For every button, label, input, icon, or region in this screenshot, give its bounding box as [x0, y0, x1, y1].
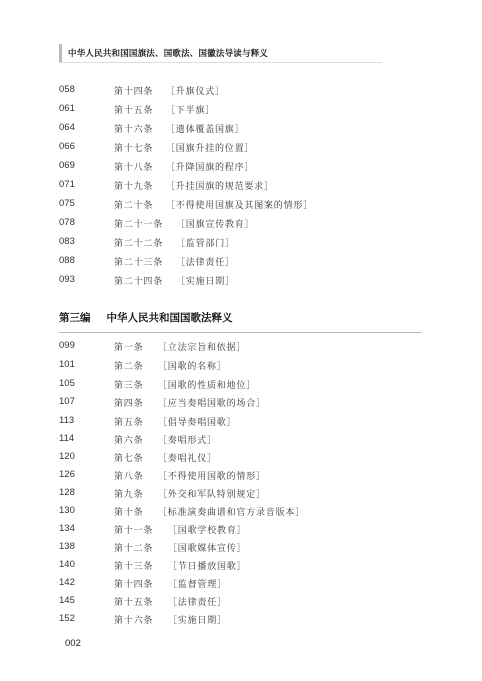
toc-topic: ［不得使用国旗及其图案的情形］	[166, 198, 313, 211]
toc-entry[interactable]: 128 第九条 ［外交和军队特别规定］	[0, 487, 482, 501]
toc-article: 第一条	[114, 340, 143, 353]
toc-page-number: 152	[59, 613, 75, 624]
toc-article: 第五条	[114, 415, 143, 428]
toc-article: 第九条	[114, 487, 143, 500]
toc-page-number: 075	[59, 198, 75, 209]
toc-page-number: 101	[59, 359, 75, 370]
toc-topic: ［立法宗旨和依据］	[158, 340, 246, 353]
section-divider	[59, 332, 422, 333]
toc-page-number: 083	[59, 236, 75, 247]
toc-entry[interactable]: 138 第十二条 ［国歌媒体宣传］	[0, 541, 482, 555]
toc-page-number: 078	[59, 217, 75, 228]
toc-article: 第二条	[114, 359, 143, 372]
toc-topic: ［国歌的名称］	[158, 359, 227, 372]
toc-article: 第十五条	[114, 103, 153, 116]
toc-entry[interactable]: 058 第十四条 ［升旗仪式］	[0, 84, 482, 98]
toc-topic: ［监管部门］	[176, 236, 235, 249]
toc-article: 第十六条	[114, 122, 153, 135]
toc-topic: ［奏唱礼仪］	[158, 451, 217, 464]
toc-topic: ［实施日期］	[168, 613, 227, 626]
toc-topic: ［奏唱形式］	[158, 433, 217, 446]
toc-entry[interactable]: 078 第二十一条 ［国旗宣传教育］	[0, 217, 482, 231]
toc-article: 第十五条	[114, 595, 153, 608]
toc-page-number: 093	[59, 274, 75, 285]
toc-article: 第七条	[114, 451, 143, 464]
toc-page-number: 064	[59, 122, 75, 133]
toc-article: 第十条	[114, 505, 143, 518]
toc-entry[interactable]: 066 第十七条 ［国旗升挂的位置］	[0, 141, 482, 155]
book-title: 中华人民共和国国旗法、国歌法、国徽法导读与释义	[68, 47, 268, 59]
toc-article: 第十二条	[114, 541, 153, 554]
toc-article: 第十四条	[114, 577, 153, 590]
toc-page-number: 120	[59, 451, 75, 462]
toc-article: 第四条	[114, 396, 143, 409]
toc-topic: ［法律责任］	[176, 255, 235, 268]
toc-article: 第二十四条	[114, 274, 163, 287]
toc-entry[interactable]: 134 第十一条 ［国歌学校教育］	[0, 523, 482, 537]
toc-article: 第六条	[114, 433, 143, 446]
toc-topic: ［国歌学校教育］	[168, 523, 246, 536]
toc-topic: ［遗体覆盖国旗］	[166, 122, 244, 135]
toc-page-number: 114	[59, 433, 74, 444]
toc-page-number: 069	[59, 160, 75, 171]
part-number: 第三编	[59, 310, 91, 325]
toc-article: 第二十三条	[114, 255, 163, 268]
toc-page-number: 128	[59, 487, 75, 498]
toc-topic: ［标准演奏曲谱和官方录音版本］	[158, 505, 305, 518]
toc-page-number: 066	[59, 141, 75, 152]
toc-article: 第二十条	[114, 198, 153, 211]
toc-entry[interactable]: 101 第二条 ［国歌的名称］	[0, 359, 482, 373]
toc-page-number: 138	[59, 541, 75, 552]
toc-entry[interactable]: 126 第八条 ［不得使用国歌的情形］	[0, 469, 482, 483]
toc-article: 第十七条	[114, 141, 153, 154]
toc-entry[interactable]: 105 第三条 ［国歌的性质和地位］	[0, 378, 482, 392]
toc-topic: ［节日播放国歌］	[168, 559, 246, 572]
toc-entry[interactable]: 145 第十五条 ［法律责任］	[0, 595, 482, 609]
toc-topic: ［外交和军队特别规定］	[158, 487, 266, 500]
toc-entry[interactable]: 069 第十八条 ［升降国旗的程序］	[0, 160, 482, 174]
toc-entry[interactable]: 107 第四条 ［应当奏唱国歌的场合］	[0, 396, 482, 410]
toc-page-number: 140	[59, 559, 75, 570]
toc-article: 第三条	[114, 378, 143, 391]
running-header: 中华人民共和国国旗法、国歌法、国徽法导读与释义	[59, 44, 382, 63]
toc-article: 第十三条	[114, 559, 153, 572]
toc-entry[interactable]: 071 第十九条 ［升挂国旗的规范要求］	[0, 179, 482, 193]
toc-page-number: 113	[59, 415, 74, 426]
toc-page-number: 058	[59, 84, 75, 95]
toc-topic: ［实施日期］	[176, 274, 235, 287]
toc-entry[interactable]: 088 第二十三条 ［法律责任］	[0, 255, 482, 269]
toc-page-number: 088	[59, 255, 75, 266]
toc-page-number: 107	[59, 396, 75, 407]
toc-entry[interactable]: 061 第十五条 ［下半旗］	[0, 103, 482, 117]
toc-topic: ［法律责任］	[168, 595, 227, 608]
toc-page-number: 142	[59, 577, 75, 588]
toc-topic: ［不得使用国歌的情形］	[158, 469, 266, 482]
toc-topic: ［升旗仪式］	[166, 84, 225, 97]
toc-entry[interactable]: 075 第二十条 ［不得使用国旗及其图案的情形］	[0, 198, 482, 212]
toc-topic: ［国旗升挂的位置］	[166, 141, 254, 154]
toc-entry[interactable]: 120 第七条 ［奏唱礼仪］	[0, 451, 482, 465]
toc-article: 第十一条	[114, 523, 153, 536]
toc-topic: ［国歌媒体宣传］	[168, 541, 246, 554]
toc-entry[interactable]: 064 第十六条 ［遗体覆盖国旗］	[0, 122, 482, 136]
toc-topic: ［下半旗］	[166, 103, 215, 116]
toc-page-number: 071	[59, 179, 75, 190]
toc-entry[interactable]: 113 第五条 ［倡导奏唱国歌］	[0, 415, 482, 429]
toc-topic: ［应当奏唱国歌的场合］	[158, 396, 266, 409]
toc-article: 第十九条	[114, 179, 153, 192]
toc-entry[interactable]: 140 第十三条 ［节日播放国歌］	[0, 559, 482, 573]
toc-topic: ［倡导奏唱国歌］	[158, 415, 236, 428]
toc-article: 第二十一条	[114, 217, 163, 230]
header-accent-bar	[59, 44, 62, 62]
toc-entry[interactable]: 142 第十四条 ［监督管理］	[0, 577, 482, 591]
toc-topic: ［国旗宣传教育］	[176, 217, 254, 230]
toc-topic: ［升挂国旗的规范要求］	[166, 179, 274, 192]
toc-page-number: 126	[59, 469, 75, 480]
toc-entry[interactable]: 099 第一条 ［立法宗旨和依据］	[0, 340, 482, 354]
toc-article: 第二十二条	[114, 236, 163, 249]
toc-entry[interactable]: 130 第十条 ［标准演奏曲谱和官方录音版本］	[0, 505, 482, 519]
toc-page-number: 134	[59, 523, 75, 534]
toc-topic: ［升降国旗的程序］	[166, 160, 254, 173]
toc-page-number: 145	[59, 595, 75, 606]
toc-page-number: 130	[59, 505, 75, 516]
toc-entry[interactable]: 093 第二十四条 ［实施日期］	[0, 274, 482, 288]
toc-page-number: 061	[59, 103, 75, 114]
toc-article: 第十八条	[114, 160, 153, 173]
toc-topic: ［监督管理］	[168, 577, 227, 590]
toc-article: 第八条	[114, 469, 143, 482]
section-heading[interactable]: 第三编中华人民共和国国歌法释义	[59, 310, 233, 325]
toc-entry[interactable]: 152 第十六条 ［实施日期］	[0, 613, 482, 627]
toc-article: 第十六条	[114, 613, 153, 626]
toc-topic: ［国歌的性质和地位］	[158, 378, 256, 391]
toc-entry[interactable]: 114 第六条 ［奏唱形式］	[0, 433, 482, 447]
part-title: 中华人民共和国国歌法释义	[107, 312, 233, 324]
toc-page-number: 105	[59, 378, 75, 389]
toc-article: 第十四条	[114, 84, 153, 97]
page-number: 002	[65, 638, 81, 649]
toc-page-number: 099	[59, 340, 75, 351]
toc-entry[interactable]: 083 第二十二条 ［监管部门］	[0, 236, 482, 250]
